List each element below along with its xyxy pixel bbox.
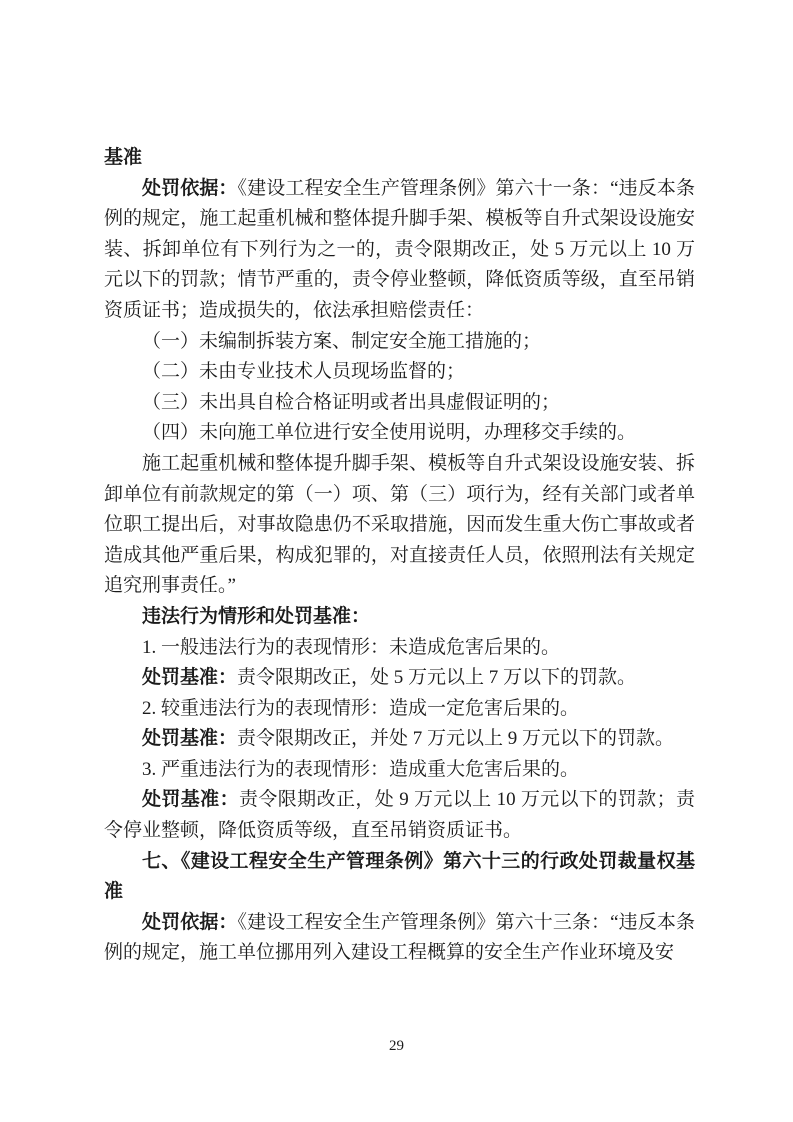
heading-continuation: 基准 xyxy=(104,143,695,174)
paragraph-penalty-standard-3: 处罚基准：责令限期改正，处 9 万元以上 10 万元以下的罚款；责令停业整顿，降… xyxy=(104,785,695,846)
paragraph-penalty-standard-2: 处罚基准：责令限期改正，并处 7 万元以上 9 万元以下的罚款。 xyxy=(104,724,695,755)
penalty-standard-label-2: 处罚基准： xyxy=(142,728,237,749)
list-item-4: （四）未向施工单位进行安全使用说明，办理移交手续的。 xyxy=(104,418,695,449)
paragraph-penalty-standard-1: 处罚基准：责令限期改正，处 5 万元以上 7 万以下的罚款。 xyxy=(104,663,695,694)
heading-section-seven: 七、《建设工程安全生产管理条例》第六十三的行政处罚裁量权基准 xyxy=(104,847,695,908)
paragraph-penalty-basis-61: 处罚依据：《建设工程安全生产管理条例》第六十一条：“违反本条例的规定，施工起重机… xyxy=(104,174,695,327)
case-line-1: 1. 一般违法行为的表现情形：未造成危害后果的。 xyxy=(104,633,695,664)
penalty-standard-label-3: 处罚基准： xyxy=(142,789,239,810)
penalty-basis-61-text: 《建设工程安全生产管理条例》第六十一条：“违反本条例的规定，施工起重机械和整体提… xyxy=(104,178,695,321)
list-item-1: （一）未编制拆装方案、制定安全施工措施的； xyxy=(104,327,695,358)
penalty-standard-text-2: 责令限期改正，并处 7 万元以上 9 万元以下的罚款。 xyxy=(237,728,674,749)
paragraph-penalty-basis-63: 处罚依据：《建设工程安全生产管理条例》第六十三条：“违反本条例的规定，施工单位挪… xyxy=(104,908,695,969)
list-item-2: （二）未由专业技术人员现场监督的； xyxy=(104,357,695,388)
heading-violation-situations: 违法行为情形和处罚基准： xyxy=(104,602,695,633)
list-item-3: （三）未出具自检合格证明或者出具虚假证明的； xyxy=(104,388,695,419)
page-number: 29 xyxy=(0,1036,793,1056)
document-page: 基准 处罚依据：《建设工程安全生产管理条例》第六十一条：“违反本条例的规定，施工… xyxy=(0,0,793,1122)
case-line-3: 3. 严重违法行为的表现情形：造成重大危害后果的。 xyxy=(104,755,695,786)
penalty-standard-label-1: 处罚基准： xyxy=(142,667,237,688)
penalty-basis-label-63: 处罚依据： xyxy=(142,912,238,933)
case-line-2: 2. 较重违法行为的表现情形：造成一定危害后果的。 xyxy=(104,694,695,725)
document-body: 基准 处罚依据：《建设工程安全生产管理条例》第六十一条：“违反本条例的规定，施工… xyxy=(104,143,695,969)
penalty-standard-text-1: 责令限期改正，处 5 万元以上 7 万以下的罚款。 xyxy=(237,667,636,688)
penalty-basis-label: 处罚依据： xyxy=(142,178,238,199)
paragraph-criminal-liability: 施工起重机械和整体提升脚手架、模板等自升式架设设施安装、拆卸单位有前款规定的第（… xyxy=(104,449,695,602)
